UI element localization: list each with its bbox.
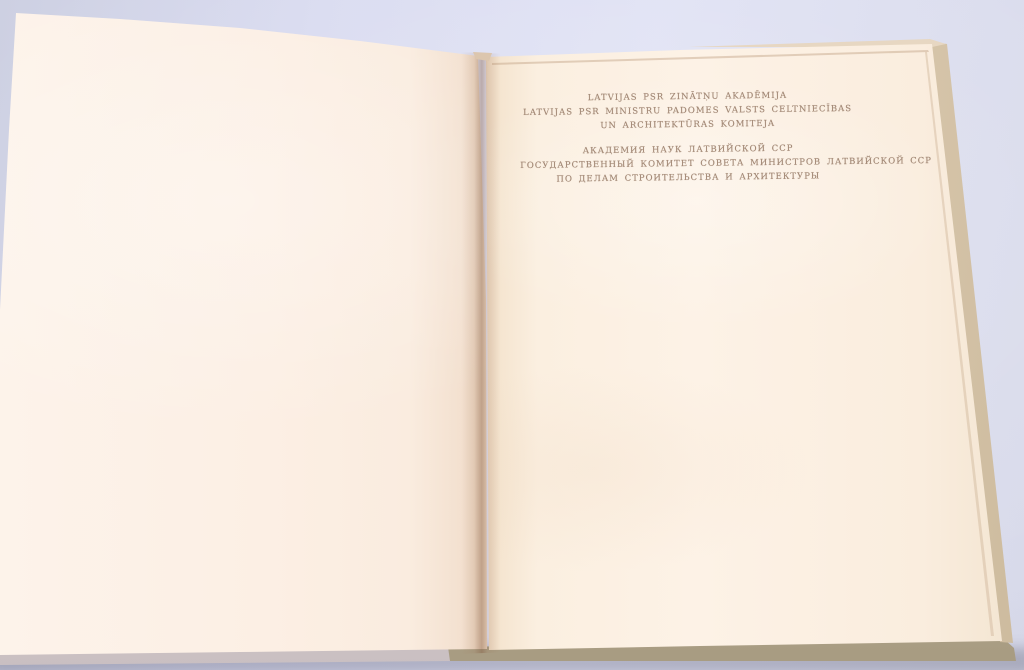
russian-line-3: ПО ДЕЛАМ СТРОИТЕЛЬСТВА И АРХИТЕКТУРЫ (520, 171, 856, 185)
latvian-line-3: UN ARCHITEKTŪRAS KOMITEJA (520, 118, 856, 132)
latvian-line-2: LATVIJAS PSR MINISTRU PADOMES VALSTS CEL… (520, 104, 856, 118)
photo-open-book: LATVIJAS PSR ZINĀTŅU AKADĒMIJA LATVIJAS … (0, 0, 1024, 670)
title-page-text: LATVIJAS PSR ZINĀTŅU AKADĒMIJA LATVIJAS … (519, 88, 856, 202)
russian-line-2: ГОСУДАРСТВЕННЫЙ КОМИТЕТ СОВЕТА МИНИСТРОВ… (520, 157, 856, 171)
latvian-line-1: LATVIJAS PSR ZINĀTŅU AKADĒMIJA (519, 90, 855, 104)
russian-line-1: АКАДЕМИЯ НАУК ЛАТВИЙСКОЙ ССР (520, 143, 856, 157)
